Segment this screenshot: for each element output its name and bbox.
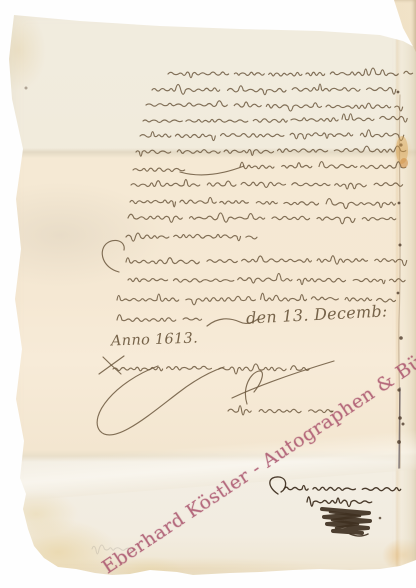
- handwriting-line: [131, 180, 407, 189]
- closing-flourish: [97, 356, 334, 435]
- handwriting-line: [126, 233, 261, 241]
- handwriting-line: [130, 197, 402, 208]
- handwriting-line: [146, 101, 407, 111]
- handwriting-paragraph-1: [126, 68, 416, 241]
- signature-flourish: [245, 371, 332, 412]
- paragraph-initial-flourish: [102, 166, 258, 326]
- handwriting-line: [284, 486, 408, 491]
- handwriting-line: [128, 213, 401, 224]
- handwriting-line: [240, 162, 412, 169]
- handwriting-line: [126, 256, 413, 266]
- handwriting-line: [168, 68, 416, 78]
- ink-blot: [322, 509, 370, 536]
- handwriting-docket: [284, 486, 408, 507]
- handwriting-line: [307, 497, 376, 507]
- manuscript-scan: den 13. Decemb: Anno 1613. Eberhard Köst…: [0, 0, 416, 588]
- handwriting-line: [143, 114, 412, 123]
- year-line: Anno 1613.: [111, 330, 199, 349]
- handwriting-line: [136, 146, 410, 156]
- handwriting-line: [140, 130, 409, 141]
- handwriting-line: [133, 168, 189, 171]
- handwriting-line: [128, 273, 409, 284]
- handwriting-line: [117, 315, 207, 322]
- docket-lead-flourish: [270, 477, 286, 494]
- handwriting-line: [152, 84, 401, 95]
- wax-stain: [396, 136, 408, 168]
